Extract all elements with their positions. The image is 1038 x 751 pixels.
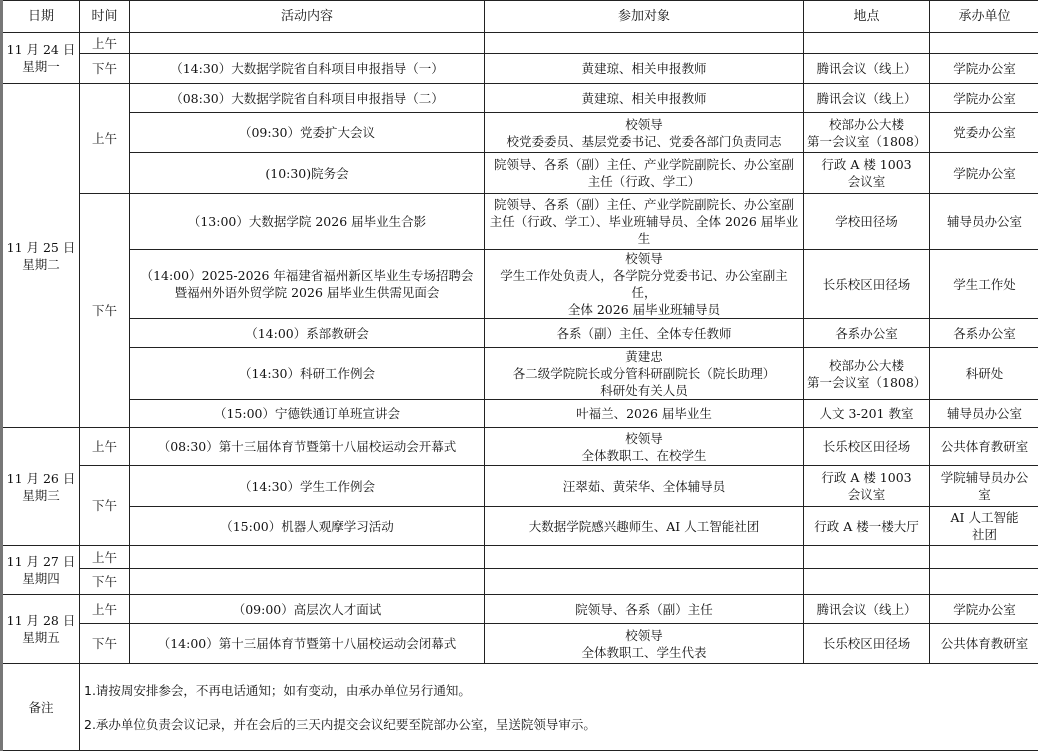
organizer-cell: 公共体育教研室 bbox=[930, 624, 1038, 664]
participants-cell: 黄建琼、相关申报教师 bbox=[485, 84, 804, 113]
participants-cell: 校领导 全体教职工、在校学生 bbox=[485, 428, 804, 466]
participants-cell: 汪翠茹、黄荣华、全体辅导员 bbox=[485, 466, 804, 507]
location-cell: 行政 A 楼 1003 会议室 bbox=[804, 466, 930, 507]
participants-cell: 校领导 校党委委员、基层党委书记、党委各部门负责同志 bbox=[485, 113, 804, 153]
location-cell: 长乐校区田径场 bbox=[804, 428, 930, 466]
participants-cell: 院领导、各系（副）主任 bbox=[485, 595, 804, 624]
organizer-cell: 公共体育教研室 bbox=[930, 428, 1038, 466]
table-row: （15:00）机器人观摩学习活动 大数据学院感兴趣师生、AI 人工智能社团 行政… bbox=[2, 507, 1038, 546]
activity-cell: （08:30）大数据学院省自科项目申报指导（二） bbox=[130, 84, 485, 113]
table-row: 11 月 28 日 星期五 上午 （09:00）高层次人才面试 院领导、各系（副… bbox=[2, 595, 1038, 624]
participants-cell: 校领导 学生工作处负责人，各学院分党委书记、办公室副主任， 全体 2026 届毕… bbox=[485, 250, 804, 319]
table-row: 下午 （14:30）学生工作例会 汪翠茹、黄荣华、全体辅导员 行政 A 楼 10… bbox=[2, 466, 1038, 507]
table-row: 下午 bbox=[2, 569, 1038, 595]
table-row: （15:00）宁德铁通订单班宣讲会 叶福兰、2026 届毕业生 人文 3-201… bbox=[2, 400, 1038, 428]
table-row: 11 月 25 日 星期二 上午 （08:30）大数据学院省自科项目申报指导（二… bbox=[2, 84, 1038, 113]
participants-cell: 大数据学院感兴趣师生、AI 人工智能社团 bbox=[485, 507, 804, 546]
organizer-cell: 各系办公室 bbox=[930, 319, 1038, 348]
note-line: 1.请按周安排参会，不再电话通知；如有变动，由承办单位另行通知。 bbox=[84, 682, 1036, 690]
header-activity: 活动内容 bbox=[130, 1, 485, 33]
organizer-cell: 学院办公室 bbox=[930, 54, 1038, 84]
time-cell-pm: 下午 bbox=[80, 194, 130, 428]
location-cell: 腾讯会议（线上） bbox=[804, 84, 930, 113]
location-cell: 腾讯会议（线上） bbox=[804, 595, 930, 624]
participants-cell: 院领导、各系（副）主任、产业学院副院长、办公室副主任（行政、学工） bbox=[485, 153, 804, 194]
organizer-cell bbox=[930, 33, 1038, 54]
activity-cell: （15:00）机器人观摩学习活动 bbox=[130, 507, 485, 546]
header-participants: 参加对象 bbox=[485, 1, 804, 33]
time-cell-pm: 下午 bbox=[80, 569, 130, 595]
header-date: 日期 bbox=[2, 1, 80, 33]
organizer-cell: 辅导员办公室 bbox=[930, 194, 1038, 250]
time-cell-am: 上午 bbox=[80, 546, 130, 569]
activity-cell: （14:30）大数据学院省自科项目申报指导（一） bbox=[130, 54, 485, 84]
table-row: （09:30）党委扩大会议 校领导 校党委委员、基层党委书记、党委各部门负责同志… bbox=[2, 113, 1038, 153]
table-row: 下午 （14:30）大数据学院省自科项目申报指导（一） 黄建琼、相关申报教师 腾… bbox=[2, 54, 1038, 84]
table-row: 11 月 26 日 星期三 上午 （08:30）第十三届体育节暨第十八届校运动会… bbox=[2, 428, 1038, 466]
organizer-cell: 学院辅导员办公 室 bbox=[930, 466, 1038, 507]
organizer-cell: 辅导员办公室 bbox=[930, 400, 1038, 428]
organizer-cell: AI 人工智能 社团 bbox=[930, 507, 1038, 546]
date-cell: 11 月 28 日 星期五 bbox=[2, 595, 80, 664]
activity-cell bbox=[130, 33, 485, 54]
table-row: 11 月 24 日 星期一 上午 bbox=[2, 33, 1038, 54]
activity-cell: （09:00）高层次人才面试 bbox=[130, 595, 485, 624]
notes-label: 备注 bbox=[2, 664, 80, 691]
location-cell: 长乐校区田径场 bbox=[804, 250, 930, 319]
time-cell-pm: 下午 bbox=[80, 54, 130, 84]
participants-cell: 校领导 全体教职工、学生代表 bbox=[485, 624, 804, 664]
time-cell-am: 上午 bbox=[80, 595, 130, 624]
activity-cell: （13:00）大数据学院 2026 届毕业生合影 bbox=[130, 194, 485, 250]
time-cell-pm: 下午 bbox=[80, 624, 130, 664]
location-cell: 行政 A 楼一楼大厅 bbox=[804, 507, 930, 546]
location-cell bbox=[804, 546, 930, 569]
table-row: 下午 （14:00）第十三届体育节暨第十八届校运动会闭幕式 校领导 全体教职工、… bbox=[2, 624, 1038, 664]
table-row: 11 月 27 日 星期四 上午 bbox=[2, 546, 1038, 569]
participants-cell: 黄建忠 各二级学院院长或分管科研副院长（院长助理） 科研处有关人员 bbox=[485, 348, 804, 400]
date-cell: 11 月 27 日 星期四 bbox=[2, 546, 80, 595]
organizer-cell: 党委办公室 bbox=[930, 113, 1038, 153]
time-cell-am: 上午 bbox=[80, 33, 130, 54]
date-cell: 11 月 24 日 星期一 bbox=[2, 33, 80, 84]
notes-content: 1.请按周安排参会，不再电话通知；如有变动，由承办单位另行通知。 2.承办单位负… bbox=[80, 664, 1038, 691]
organizer-cell: 学院办公室 bbox=[930, 153, 1038, 194]
organizer-cell: 学院办公室 bbox=[930, 84, 1038, 113]
header-organizer: 承办单位 bbox=[930, 1, 1038, 33]
location-cell: 长乐校区田径场 bbox=[804, 624, 930, 664]
weekly-schedule-table: 日期 时间 活动内容 参加对象 地点 承办单位 11 月 24 日 星期一 上午… bbox=[0, 0, 1038, 690]
table-row: (10:30)院务会 院领导、各系（副）主任、产业学院副院长、办公室副主任（行政… bbox=[2, 153, 1038, 194]
notes-row: 备注 1.请按周安排参会，不再电话通知；如有变动，由承办单位另行通知。 2.承办… bbox=[2, 664, 1038, 691]
header-time: 时间 bbox=[80, 1, 130, 33]
organizer-cell: 学生工作处 bbox=[930, 250, 1038, 319]
location-cell: 校部办公大楼 第一会议室（1808） bbox=[804, 113, 930, 153]
activity-cell: (10:30)院务会 bbox=[130, 153, 485, 194]
activity-cell bbox=[130, 569, 485, 595]
location-cell bbox=[804, 33, 930, 54]
participants-cell: 叶福兰、2026 届毕业生 bbox=[485, 400, 804, 428]
organizer-cell bbox=[930, 546, 1038, 569]
participants-cell: 院领导、各系（副）主任、产业学院副院长、办公室副主任（行政、学工）、毕业班辅导员… bbox=[485, 194, 804, 250]
time-cell-am: 上午 bbox=[80, 428, 130, 466]
location-cell: 腾讯会议（线上） bbox=[804, 54, 930, 84]
participants-cell: 各系（副）主任、全体专任教师 bbox=[485, 319, 804, 348]
date-cell: 11 月 26 日 星期三 bbox=[2, 428, 80, 546]
date-cell: 11 月 25 日 星期二 bbox=[2, 84, 80, 428]
header-row: 日期 时间 活动内容 参加对象 地点 承办单位 bbox=[2, 1, 1038, 33]
activity-cell: （15:00）宁德铁通订单班宣讲会 bbox=[130, 400, 485, 428]
location-cell: 校部办公大楼 第一会议室（1808） bbox=[804, 348, 930, 400]
activity-cell: （14:30）学生工作例会 bbox=[130, 466, 485, 507]
activity-cell: （14:00）系部教研会 bbox=[130, 319, 485, 348]
activity-cell: （14:30）科研工作例会 bbox=[130, 348, 485, 400]
table-row: （14:00）2025-2026 年福建省福州新区毕业生专场招聘会 暨福州外语外… bbox=[2, 250, 1038, 319]
activity-cell: （14:00）2025-2026 年福建省福州新区毕业生专场招聘会 暨福州外语外… bbox=[130, 250, 485, 319]
participants-cell bbox=[485, 546, 804, 569]
location-cell: 学校田径场 bbox=[804, 194, 930, 250]
location-cell: 各系办公室 bbox=[804, 319, 930, 348]
activity-cell bbox=[130, 546, 485, 569]
location-cell: 人文 3-201 教室 bbox=[804, 400, 930, 428]
location-cell bbox=[804, 569, 930, 595]
organizer-cell: 学院办公室 bbox=[930, 595, 1038, 624]
participants-cell bbox=[485, 569, 804, 595]
time-cell-pm: 下午 bbox=[80, 466, 130, 546]
participants-cell bbox=[485, 33, 804, 54]
header-location: 地点 bbox=[804, 1, 930, 33]
location-cell: 行政 A 楼 1003 会议室 bbox=[804, 153, 930, 194]
activity-cell: （14:00）第十三届体育节暨第十八届校运动会闭幕式 bbox=[130, 624, 485, 664]
participants-cell: 黄建琼、相关申报教师 bbox=[485, 54, 804, 84]
time-cell-am: 上午 bbox=[80, 84, 130, 194]
activity-cell: （09:30）党委扩大会议 bbox=[130, 113, 485, 153]
activity-cell: （08:30）第十三届体育节暨第十八届校运动会开幕式 bbox=[130, 428, 485, 466]
table-row: （14:00）系部教研会 各系（副）主任、全体专任教师 各系办公室 各系办公室 bbox=[2, 319, 1038, 348]
table-row: （14:30）科研工作例会 黄建忠 各二级学院院长或分管科研副院长（院长助理） … bbox=[2, 348, 1038, 400]
table-row: 下午 （13:00）大数据学院 2026 届毕业生合影 院领导、各系（副）主任、… bbox=[2, 194, 1038, 250]
organizer-cell bbox=[930, 569, 1038, 595]
organizer-cell: 科研处 bbox=[930, 348, 1038, 400]
